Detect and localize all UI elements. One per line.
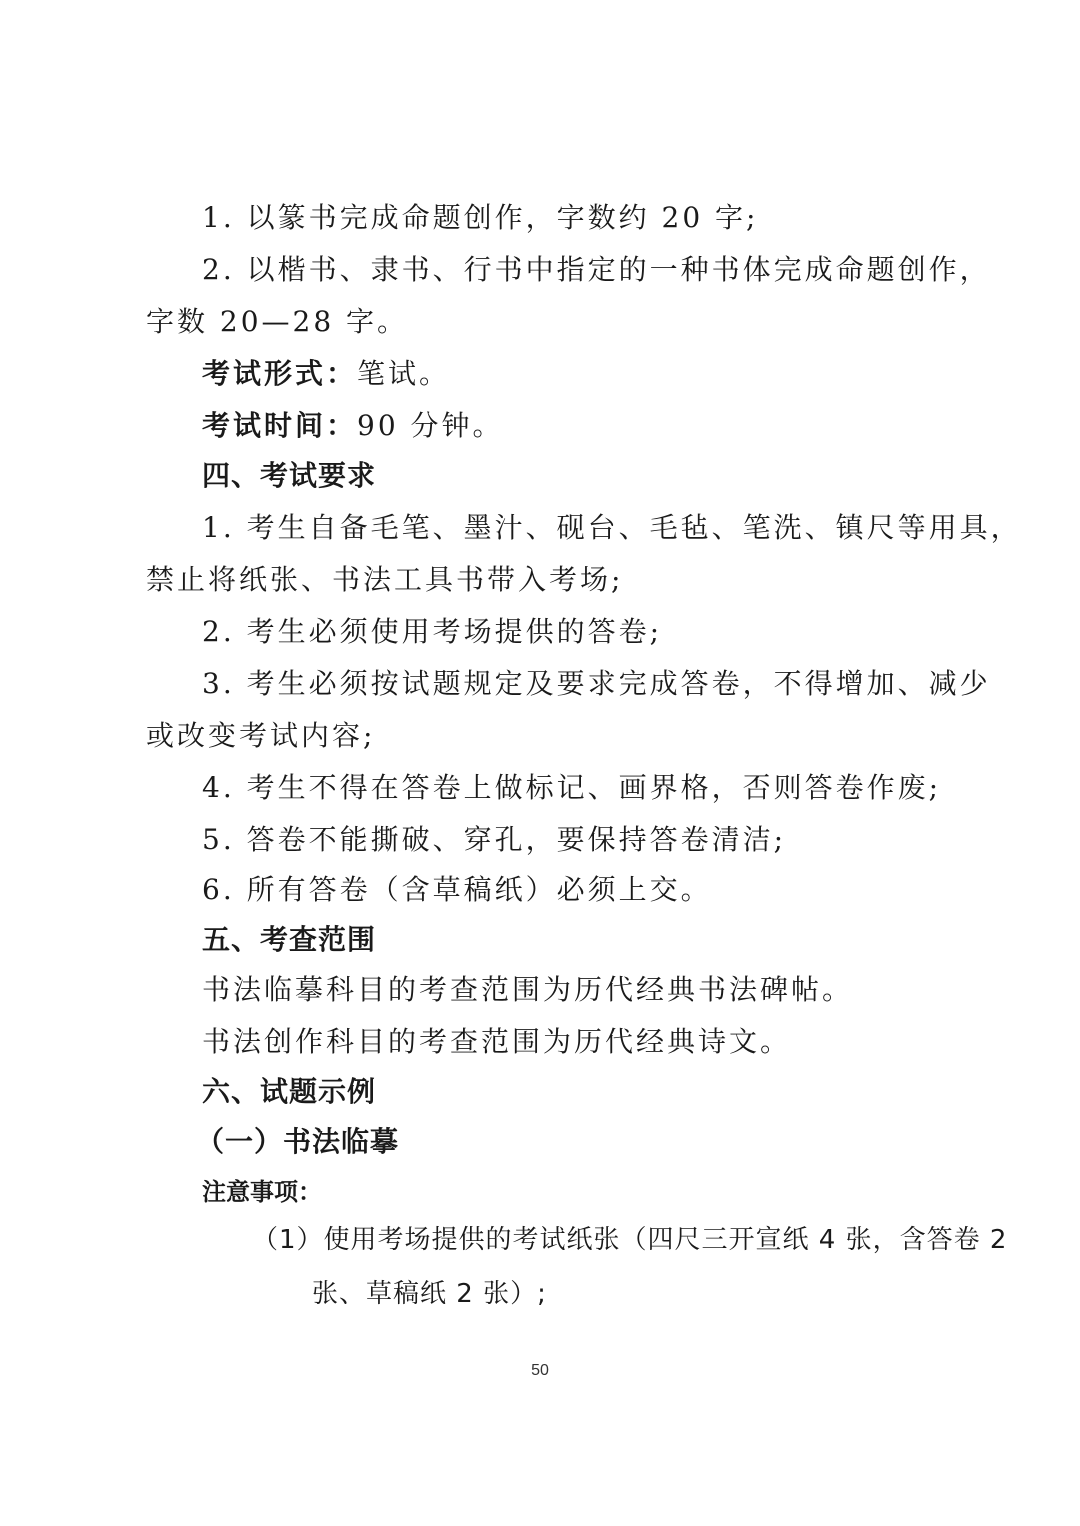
exam-time: 考试时间：90 分钟。 [202, 408, 504, 444]
section-heading-examples: 六、试题示例 [202, 1074, 376, 1110]
paragraph-item-2: 2. 以楷书、隶书、行书中指定的一种书体完成命题创作， [202, 252, 991, 288]
requirement-1: 1. 考生自备毛笔、墨汁、砚台、毛毡、笔洗、镇尺等用具， [202, 510, 1022, 546]
exam-format-value: 笔试。 [357, 357, 450, 390]
page-number: 50 [0, 1362, 1080, 1380]
requirement-2: 2. 考生必须使用考场提供的答卷; [202, 614, 662, 650]
scope-creation: 书法创作科目的考查范围为历代经典诗文。 [202, 1024, 791, 1060]
requirement-3: 3. 考生必须按试题规定及要求完成答卷，不得增加、减少 [202, 666, 991, 702]
paragraph-item-2-cont: 字数 20—28 字。 [146, 304, 408, 340]
note-1-cont: 张、草稿纸 2 张）; [312, 1276, 547, 1312]
exam-time-label: 考试时间： [202, 409, 357, 442]
paragraph-item-1: 1. 以篆书完成命题创作，字数约 20 字; [202, 200, 758, 236]
exam-format: 考试形式：笔试。 [202, 356, 450, 392]
requirement-1-cont: 禁止将纸张、书法工具书带入考场; [146, 562, 623, 598]
requirement-3-cont: 或改变考试内容; [146, 718, 375, 754]
subsection-heading-copying: （一）书法临摹 [196, 1124, 399, 1160]
notes-heading: 注意事项： [202, 1174, 322, 1210]
note-1: （1）使用考场提供的考试纸张（四尺三开宣纸 4 张，含答卷 2 [252, 1222, 1007, 1258]
requirement-5: 5. 答卷不能撕破、穿孔，要保持答卷清洁; [202, 822, 786, 858]
section-heading-requirements: 四、考试要求 [202, 458, 376, 494]
exam-format-label: 考试形式： [202, 357, 357, 390]
scope-copying: 书法临摹科目的考查范围为历代经典书法碑帖。 [202, 972, 853, 1008]
requirement-6: 6. 所有答卷（含草稿纸）必须上交。 [202, 872, 712, 908]
exam-time-value: 90 分钟。 [357, 409, 504, 442]
section-heading-scope: 五、考查范围 [202, 922, 376, 958]
requirement-4: 4. 考生不得在答卷上做标记、画界格，否则答卷作废; [202, 770, 941, 806]
